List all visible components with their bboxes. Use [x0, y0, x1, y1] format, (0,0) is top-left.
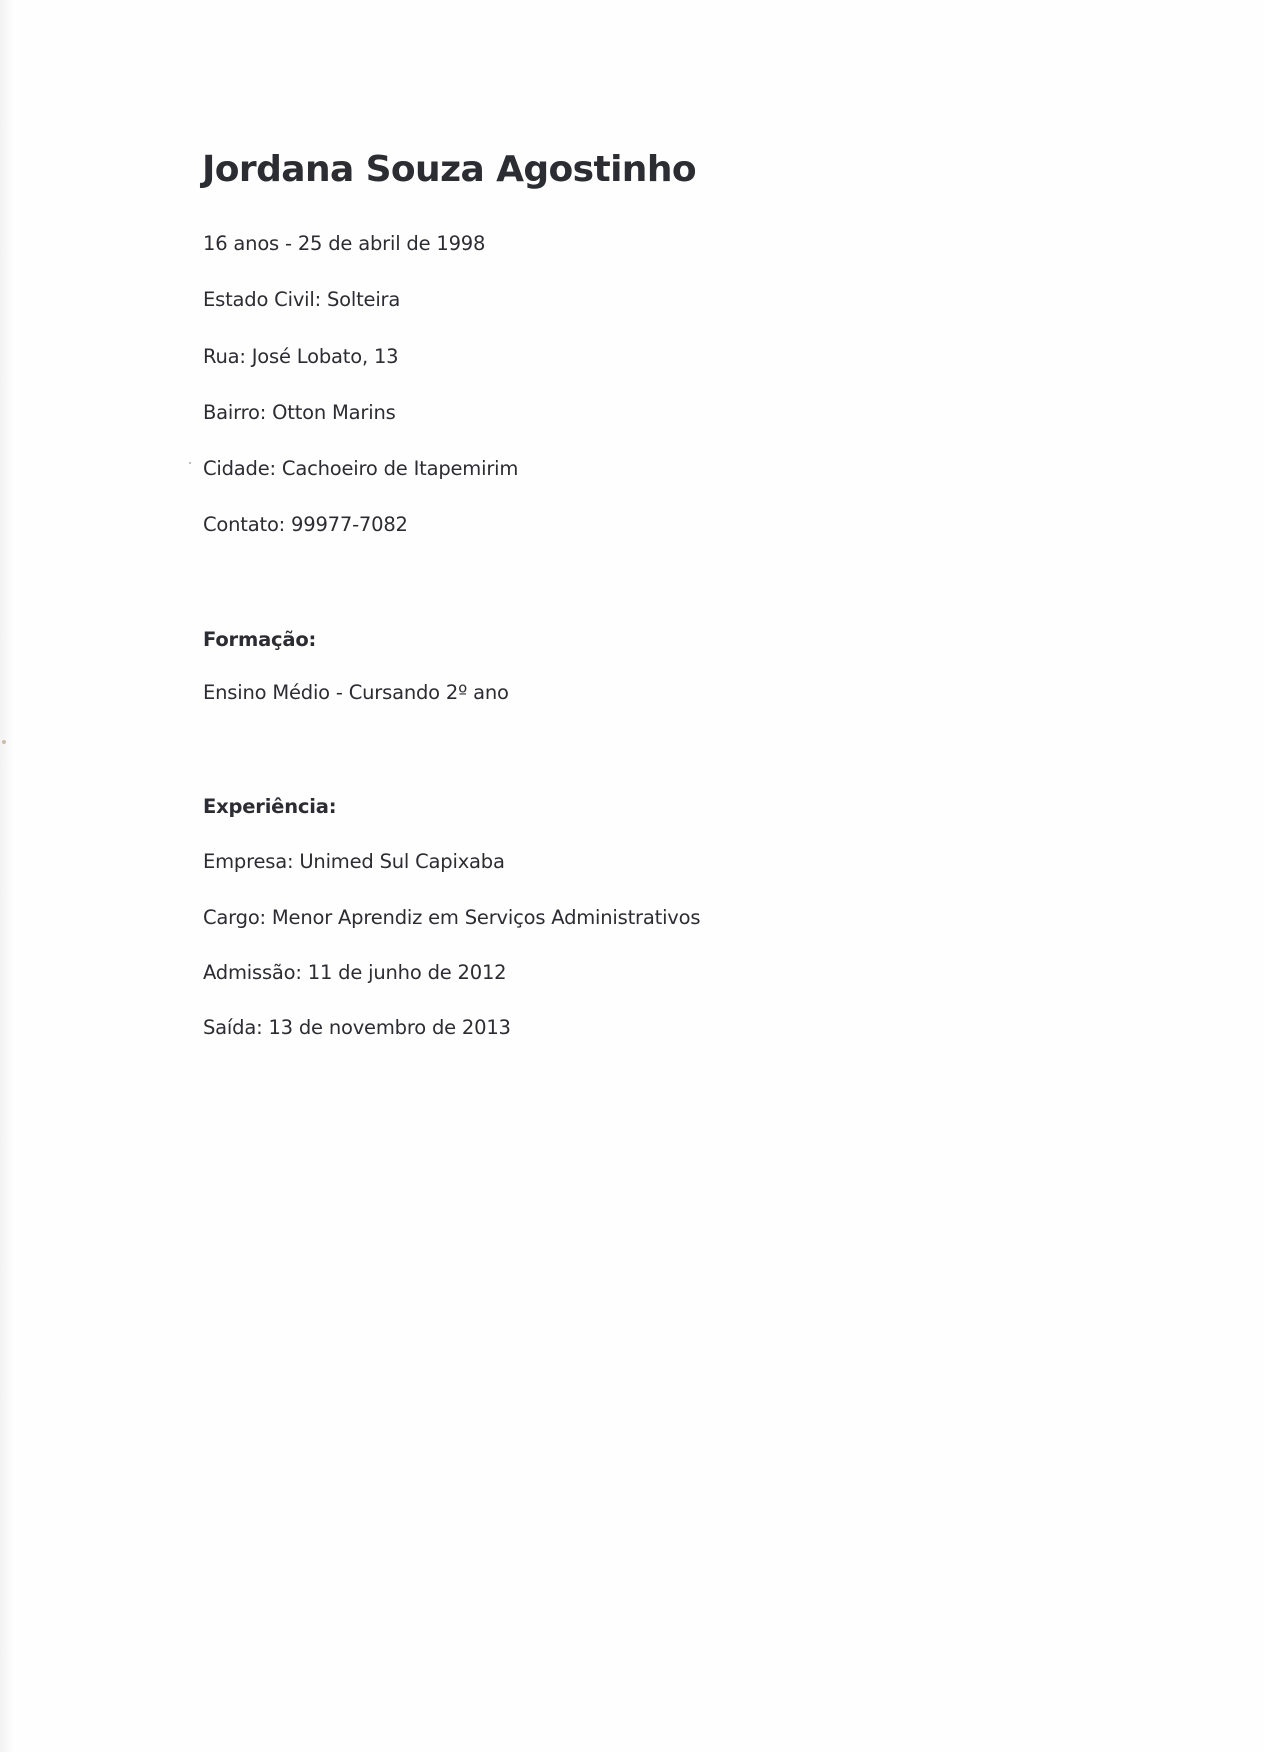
education-entry: Ensino Médio - Cursando 2º ano: [203, 681, 509, 705]
civil-status: Estado Civil: Solteira: [203, 288, 400, 312]
contact-phone: Contato: 99977-7082: [203, 513, 408, 537]
experience-admission: Admissão: 11 de junho de 2012: [203, 961, 506, 985]
city: Cidade: Cachoeiro de Itapemirim: [203, 457, 518, 481]
age-birthdate: 16 anos - 25 de abril de 1998: [203, 232, 485, 256]
scan-speck: [2, 740, 6, 744]
scan-edge-shadow: [0, 0, 14, 1752]
experience-company: Empresa: Unimed Sul Capixaba: [203, 850, 505, 874]
scan-speck: [189, 462, 191, 464]
scanned-resume-page: Jordana Souza Agostinho 16 anos - 25 de …: [0, 0, 1264, 1752]
experience-position: Cargo: Menor Aprendiz em Serviços Admini…: [203, 906, 700, 930]
neighborhood: Bairro: Otton Marins: [203, 401, 396, 425]
experience-exit: Saída: 13 de novembro de 2013: [203, 1016, 511, 1040]
education-heading: Formação:: [203, 628, 316, 652]
street-address: Rua: José Lobato, 13: [203, 345, 398, 369]
resume-name: Jordana Souza Agostinho: [202, 148, 696, 192]
experience-heading: Experiência:: [203, 795, 336, 819]
